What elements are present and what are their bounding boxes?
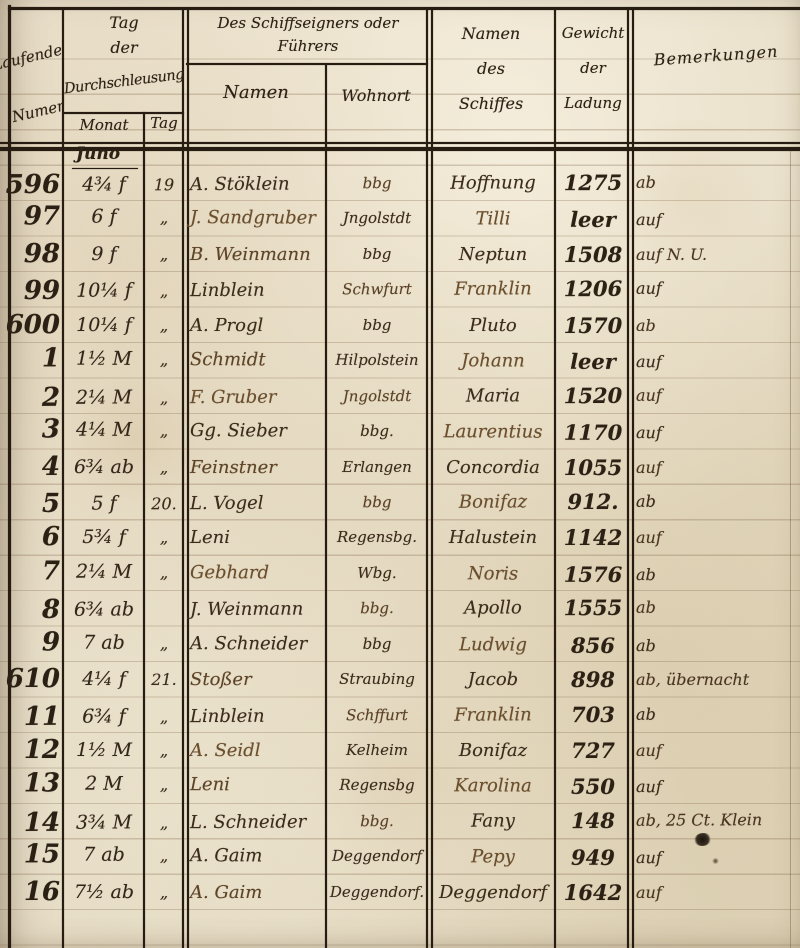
cell-nr: 98 [0,237,60,272]
cell-name: J. Sandgruber [190,201,326,237]
cell-wohnort: Hilpolstein [328,343,426,379]
cell-bemerkung: auf [636,270,798,306]
table-row: 72¼ M„GebhardWbg.Noris1576ab [0,554,800,593]
cell-wohnort: Kelheim [328,733,426,768]
cell-schiff: Franklin [433,697,553,733]
table-row: 121½ M„A. SeidlKelheimBonifaz727auf [0,733,800,768]
cell-name: Stoßer [190,662,326,697]
cell-nr: 16 [0,875,60,910]
table-row: 157 ab„A. GaimDeggendorfPepy949auf [0,838,800,877]
cell-schiff: Concordia [433,450,553,485]
table-row: 55 f20.L. VogelbbgBonifaz912.ab [0,483,800,523]
cell-schiff: Bonifaz [433,484,553,520]
cell-nr: 11 [0,699,60,735]
cell-zeit: 6¾ ab [66,450,142,485]
cell-wohnort: bbg [328,166,426,202]
cell-gewicht: 1275 [557,165,629,201]
cell-schiff: Bonifaz [433,733,553,768]
col-header-monat: Monat [64,116,144,134]
col-header-gewicht: Gewicht der Ladung [556,16,630,121]
cell-gewicht: 1508 [557,237,629,272]
cell-schiff: Pepy [433,839,553,875]
cell-gewicht: 898 [557,662,629,697]
cell-nr: 9 [0,625,60,661]
cell-tag: „ [144,875,184,910]
cell-gewicht: 1170 [557,415,629,451]
cell-gewicht: 1206 [557,271,629,307]
cell-zeit: 2¼ M [66,380,142,416]
table-row: 60010¼ f„A. ProglbbgPluto1570ab [0,308,800,343]
cell-gewicht: 1055 [557,450,629,485]
cell-wohnort: Schffurt [328,697,426,733]
table-row: 976 f„J. SandgruberJngolstdtTillileerauf [0,200,800,239]
cell-nr: 600 [0,308,60,343]
ledger-page: Laufende Numer Tag der Durchschleusung M… [0,0,800,948]
table-row: 86¾ abJ. Weinmannbbg.Apollo1555ab [0,589,800,629]
cell-bemerkung: ab, übernacht [636,662,798,697]
cell-tag: 19 [144,167,184,203]
cell-zeit: 9 f [66,237,142,272]
cell-bemerkung: auf [636,377,798,413]
cell-wohnort: Straubing [328,662,426,697]
cell-zeit: 1½ M [66,342,142,378]
col-header-schiffseigner: Des Schiffseigners oder Führers [188,12,428,58]
col-header-tag: Tag [144,114,184,132]
cell-bemerkung: ab [636,308,798,343]
table-row: 167½ ab„A. GaimDeggendorf.Deggendorf1642… [0,875,800,910]
cell-zeit: 7 ab [66,838,142,874]
cell-nr: 1 [0,341,60,377]
cell-gewicht: 856 [557,627,629,663]
cell-gewicht: leer [557,344,629,380]
cell-bemerkung: ab, 25 Ct. Klein [636,802,798,838]
cell-gewicht: 1142 [557,520,629,555]
cell-zeit: 4¼ f [66,662,142,697]
cell-nr: 7 [0,554,60,590]
cell-gewicht: 1576 [557,556,629,592]
cell-schiff: Jacob [433,662,553,697]
cell-wohnort: Deggendorf. [328,875,426,910]
cell-zeit: 10¼ f [66,308,142,343]
table-row: 97 ab„A. SchneiderbbgLudwig856ab [0,625,800,664]
cell-nr: 610 [0,662,60,697]
cell-wohnort: bbg [328,626,426,662]
cell-gewicht: 949 [557,840,629,876]
col-header-bemerkungen: Bemerkungen [634,40,799,70]
cell-bemerkung: ab [636,628,798,664]
cell-tag: „ [144,767,184,803]
cell-wohnort: bbg. [328,414,426,450]
cell-bemerkung: auf [636,733,798,768]
ink-blot [712,858,719,864]
cell-bemerkung: ab [636,695,798,731]
cell-bemerkung: auf [636,769,798,805]
col-header-namen: Namen [186,82,326,103]
cell-nr: 596 [0,168,60,204]
cell-schiff: Karolina [433,769,553,805]
cell-tag: „ [144,413,184,449]
cell-zeit: 4¼ M [66,413,142,449]
cell-tag: „ [144,555,184,591]
cell-nr: 15 [0,838,60,874]
cell-name: Schmidt [190,342,326,378]
cell-name: A. Schneider [190,626,326,662]
cell-zeit: 7 ab [66,625,142,661]
cell-name: Leni [190,768,326,804]
cell-tag: „ [144,450,184,485]
cell-name: A. Gaim [190,838,326,874]
cell-nr: 12 [0,733,60,768]
cell-nr: 8 [0,593,60,629]
cell-bemerkung: auf [636,875,798,910]
table-row: 34¼ M„Gg. Sieberbbg.Laurentius1170auf [0,412,800,451]
cell-bemerkung: auf [636,202,798,238]
cell-bemerkung: ab [636,557,798,593]
table-body: 5964¾ f19A. StökleinbbgHoffnung1275ab976… [0,166,800,910]
cell-wohnort: Jngolstdt [328,378,426,414]
table-row: 22¼ M„F. GruberJngolstdtMaria1520auf [0,377,800,417]
table-row: 989 f„B. WeinmannbbgNeptun1508auf N. U. [0,237,800,272]
table-row: 143¾ M„L. Schneiderbbg.Fany148ab, 25 Ct.… [0,802,800,842]
cell-tag: 20. [144,486,184,522]
cell-zeit: 5¾ f [66,520,142,555]
cell-tag: „ [144,805,184,841]
cell-name: A. Progl [190,308,326,343]
cell-tag: „ [144,838,184,874]
cell-name: Linblein [190,273,326,309]
cell-schiff: Halustein [433,520,553,555]
cell-gewicht: 703 [557,696,629,732]
cell-tag: 21. [144,662,184,697]
cell-nr: 6 [0,520,60,555]
col-header-wohnort: Wohnort [326,86,426,105]
table-row: 65¾ f„LeniRegensbg.Halustein1142auf [0,520,800,555]
table-row: 5964¾ f19A. StökleinbbgHoffnung1275ab [0,164,800,204]
owner-group-underline [186,63,428,65]
cell-zeit: 2 M [66,767,142,803]
cell-name: A. Stöklein [190,166,326,202]
cell-tag: „ [144,200,184,236]
cell-wohnort: Deggendorf [328,839,426,875]
cell-schiff: Deggendorf [433,875,553,910]
cell-wohnort: Regensbg [328,768,426,804]
cell-bemerkung: auf [636,415,798,451]
cell-nr: 97 [0,200,60,236]
cell-zeit: 3¾ M [66,805,142,841]
table-row: 11½ M„SchmidtHilpolsteinJohannleerauf [0,341,800,380]
cell-tag: „ [144,273,184,309]
cell-zeit: 2¼ M [66,554,142,590]
cell-nr: 3 [0,412,60,448]
cell-schiff: Apollo [433,590,553,626]
cell-gewicht: 1570 [557,308,629,343]
col-header-tag-der: Tag der [64,10,184,60]
cell-tag [144,592,184,628]
table-row: 6104¼ f21.StoßerStraubingJacob898ab, übe… [0,662,800,697]
cell-schiff: Maria [433,378,553,414]
table-row: 9910¼ f„LinbleinSchwfurtFranklin1206auf [0,270,800,310]
cell-name: Linblein [190,698,326,734]
cell-name: Gg. Sieber [190,413,326,449]
cell-tag: „ [144,520,184,555]
cell-nr: 13 [0,767,60,803]
cell-zeit: 5 f [66,486,142,522]
cell-name: Gebhard [190,555,326,591]
cell-name: Feinstner [190,450,326,485]
cell-zeit: 1½ M [66,733,142,768]
cell-zeit: 4¾ f [66,167,142,203]
cell-wohnort: Schwfurt [328,272,426,308]
cell-name: F. Gruber [190,379,326,415]
ink-blot [694,833,711,846]
cell-zeit: 10¼ f [66,274,142,310]
col-header-schiff: Namen des Schiffes [428,16,554,121]
cell-schiff: Franklin [433,272,553,308]
cell-schiff: Fany [433,803,553,839]
cell-bemerkung: auf [636,450,798,485]
cell-name: A. Gaim [190,875,326,910]
cell-tag: „ [144,380,184,416]
table-row: 116¾ f„LinbleinSchffurtFranklin703ab [0,695,800,735]
cell-name: A. Seidl [190,733,326,768]
cell-schiff: Tilli [433,202,553,238]
cell-tag: „ [144,699,184,735]
cell-zeit: 6¾ ab [66,593,142,629]
cell-tag: „ [144,237,184,272]
cell-schiff: Neptun [433,237,553,272]
col-header-durchschleusung: Durchschleusung [61,67,186,98]
cell-gewicht: 912. [557,484,629,520]
cell-schiff: Noris [433,556,553,592]
cell-name: B. Weinmann [190,237,326,272]
cell-nr: 5 [0,487,60,523]
cell-schiff: Johann [433,343,553,379]
cell-gewicht: 727 [557,733,629,768]
cell-wohnort: bbg [328,485,426,521]
table-row: 46¾ ab„FeinstnerErlangenConcordia1055auf [0,450,800,485]
cell-zeit: 7½ ab [66,875,142,910]
cell-wohnort: bbg. [328,591,426,627]
cell-wohnort: bbg [328,237,426,272]
table-row: 132 M„LeniRegensbgKarolina550auf [0,767,800,806]
cell-wohnort: Regensbg. [328,520,426,555]
cell-zeit: 6 f [66,200,142,236]
cell-gewicht: 1520 [557,377,629,413]
cell-gewicht: 148 [557,803,629,839]
cell-wohnort: bbg. [328,804,426,840]
cell-wohnort: bbg [328,308,426,343]
cell-gewicht: leer [557,202,629,238]
cell-name: Leni [190,520,326,555]
cell-name: J. Weinmann [190,592,326,628]
cell-zeit: 6¾ f [66,699,142,735]
cell-bemerkung: ab [636,164,798,200]
cell-wohnort: Erlangen [328,450,426,485]
cell-bemerkung: auf [636,520,798,555]
cell-name: L. Vogel [190,485,326,521]
cell-gewicht: 550 [557,769,629,805]
cell-nr: 99 [0,274,60,310]
cell-gewicht: 1642 [557,875,629,910]
cell-nr: 2 [0,380,60,416]
cell-tag: „ [144,626,184,662]
cell-tag: „ [144,342,184,378]
cell-bemerkung: ab [636,483,798,519]
cell-gewicht: 1555 [557,590,629,626]
month-label: Juno [76,144,146,164]
cell-tag: „ [144,308,184,343]
cell-tag: „ [144,733,184,768]
cell-nr: 4 [0,450,60,485]
cell-bemerkung: auf N. U. [636,237,798,272]
cell-wohnort: Wbg. [328,555,426,591]
cell-schiff: Ludwig [433,627,553,663]
cell-schiff: Hoffnung [433,165,553,201]
cell-schiff: Laurentius [433,414,553,450]
cell-name: L. Schneider [190,804,326,840]
cell-bemerkung: ab [636,589,798,625]
cell-wohnort: Jngolstdt [328,201,426,237]
cell-bemerkung: auf [636,344,798,380]
cell-nr: 14 [0,806,60,842]
cell-schiff: Pluto [433,308,553,343]
